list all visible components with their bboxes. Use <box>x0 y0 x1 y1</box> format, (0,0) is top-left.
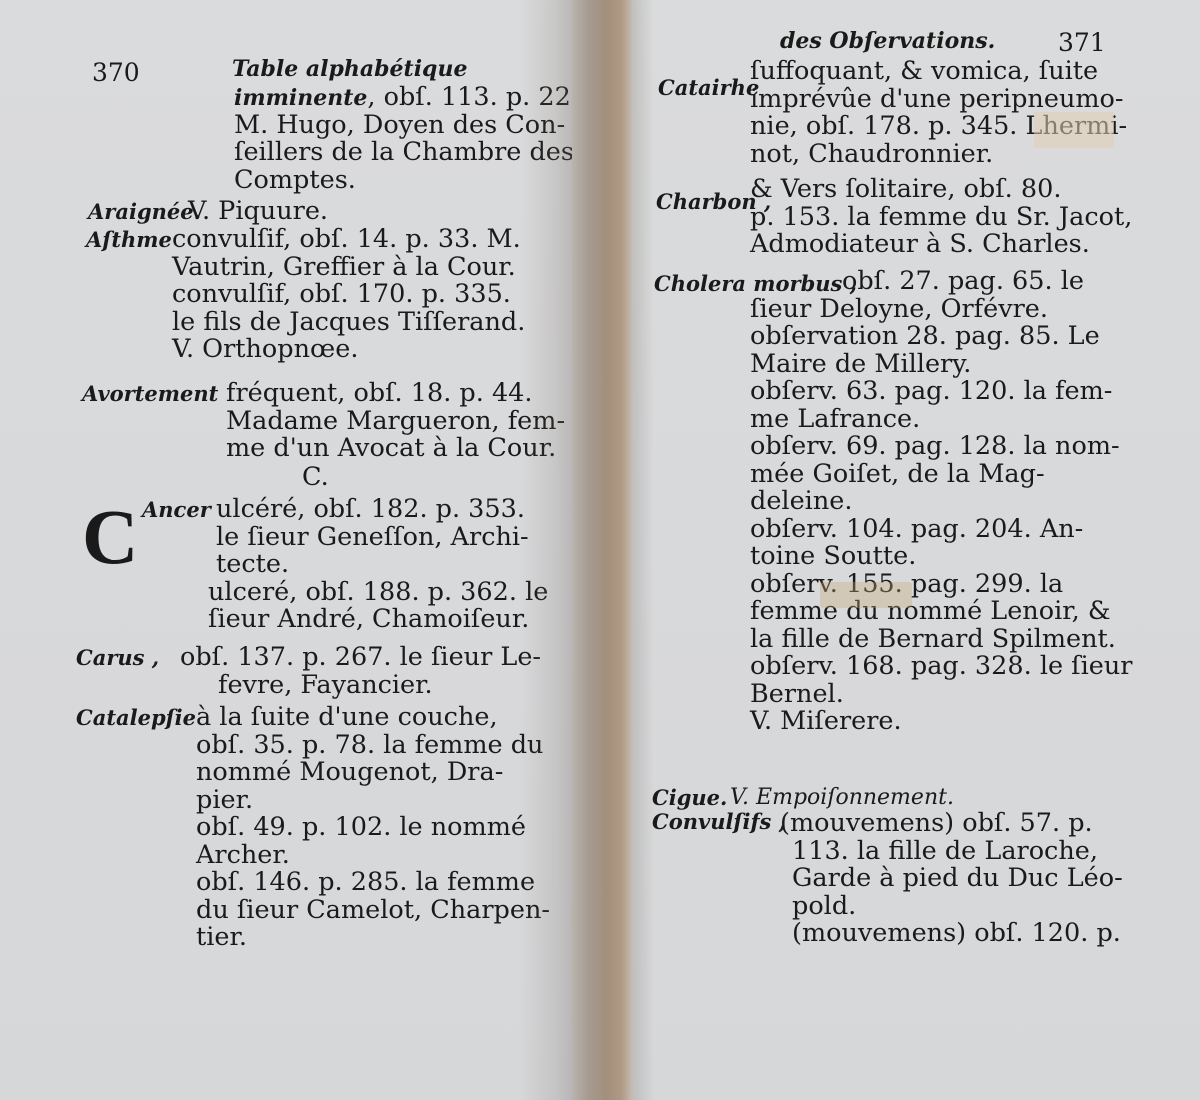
entry-line: Bernel. <box>750 681 1132 709</box>
entry-line: convulſif, obſ. 14. p. 33. M. <box>172 226 525 254</box>
left-running-title: Table alphabétique <box>232 56 467 82</box>
entry-line: (mouvemens) obſ. 120. p. <box>792 920 1123 948</box>
right-folio: 371 <box>1058 28 1106 57</box>
entry-head-avortement: Avortement <box>82 380 218 408</box>
entry-line: Madame Margueron, fem- <box>226 408 565 436</box>
entry-avortement: fréquent, obſ. 18. p. 44. Madame Marguer… <box>226 380 565 463</box>
entry-line: le ſieur Geneſſon, Archi- <box>216 524 548 552</box>
entry-line: obſerv. 104. pag. 204. An- <box>750 516 1132 544</box>
entry-line: obſ. 146. p. 285. la femme <box>196 869 550 897</box>
book-gutter <box>572 0 634 1100</box>
entry-cancer: ulcéré, obſ. 182. p. 353. le ſieur Geneſ… <box>216 496 548 634</box>
entry-line: imprévûe d'une peripneumo- <box>750 86 1127 114</box>
section-letter-c: C. <box>302 464 329 492</box>
entry-line: tier. <box>196 924 550 952</box>
entry-line: obſerv. 63. pag. 120. la fem- <box>750 378 1132 406</box>
entry-line: imminente, obſ. 113. p. 222. <box>234 84 595 112</box>
entry-line: me Lafrance. <box>750 406 1132 434</box>
entry-line: mée Goiſet, de la Mag- <box>750 461 1132 489</box>
entry-line: la fille de Bernard Spilment. <box>750 626 1132 654</box>
entry-line: ſeillers de la Chambre des <box>234 139 595 167</box>
entry-line: (mouvemens) obſ. 57. p. <box>780 810 1123 838</box>
entry-line: V. Piquure. <box>188 198 328 226</box>
entry-head-catairhe: Catairhe <box>658 74 759 102</box>
entry-line: p. 153. la femme du Sr. Jacot, <box>750 204 1132 232</box>
entry-line: 113. la fille de Laroche, <box>792 838 1123 866</box>
entry-line: obſ. 35. p. 78. la femme du <box>196 732 550 760</box>
entry-line: obſerv. 69. pag. 128. la nom- <box>750 433 1132 461</box>
left-folio: 370 <box>92 58 140 87</box>
entry-line: Maire de Millery. <box>750 351 1132 379</box>
entry-line: à la ſuite d'une couche, <box>196 704 550 732</box>
entry-line: pold. <box>792 893 1123 921</box>
entry-line: Vautrin, Greffier à la Cour. <box>172 254 525 282</box>
entry-line: tecte. <box>216 551 548 579</box>
entry-catalepsie: à la ſuite d'une couche, obſ. 35. p. 78.… <box>196 704 550 952</box>
entry-line: convulſif, obſ. 170. p. 335. <box>172 281 525 309</box>
entry-head-convulsifs: Convulſifs , <box>652 808 786 836</box>
entry-line: obſ. 137. p. 267. le ſieur Le- <box>180 644 541 672</box>
entry-line: obſerv. 155. pag. 299. la <box>750 571 1132 599</box>
entry-line: deleine. <box>750 488 1132 516</box>
entry-head-asthme: Aſthme <box>86 226 172 254</box>
entry-line: ulceré, obſ. 188. p. 362. le <box>208 579 548 607</box>
entry-line: femme du nommé Lenoir, & <box>750 598 1132 626</box>
entry-head-carus: Carus , <box>76 644 159 672</box>
entry-continuation: imminente, obſ. 113. p. 222. M. Hugo, Do… <box>234 84 595 194</box>
entry-line: V. Orthopnœe. <box>172 336 525 364</box>
entry-asthme: convulſif, obſ. 14. p. 33. M. Vautrin, G… <box>172 226 525 364</box>
entry-line: Garde à pied du Duc Léo- <box>792 865 1123 893</box>
entry-line: fevre, Fayancier. <box>218 672 541 700</box>
entry-line: obſervation 28. pag. 85. Le <box>750 323 1132 351</box>
paper-stain <box>820 582 912 608</box>
entry-line: obſerv. 168. pag. 328. le ſieur <box>750 653 1132 681</box>
entry-line: fréquent, obſ. 18. p. 44. <box>226 380 565 408</box>
entry-cholera-morbus: obſ. 27. pag. 65. le ſieur Deloyne, Orfé… <box>750 268 1132 736</box>
entry-line: nommé Mougenot, Dra- <box>196 759 550 787</box>
entry-line: le fils de Jacques Tiſſerand. <box>172 309 525 337</box>
entry-convulsifs: (mouvemens) obſ. 57. p. 113. la fille de… <box>780 810 1123 948</box>
entry-line: me d'un Avocat à la Cour. <box>226 435 565 463</box>
entry-line: ſuffoquant, & vomica, ſuite <box>750 58 1127 86</box>
entry-line: Admodiateur à S. Charles. <box>750 231 1132 259</box>
right-page: des Obſervations. 371 Catairhe ſuffoquan… <box>632 0 1200 1100</box>
entry-line: pier. <box>196 787 550 815</box>
entry-line: Archer. <box>196 842 550 870</box>
entry-line: Comptes. <box>234 167 595 195</box>
entry-head-cancer: Ancer <box>142 496 211 524</box>
entry-line: ſieur Deloyne, Orfévre. <box>750 296 1132 324</box>
right-running-title: des Obſervations. <box>780 28 995 54</box>
book-spread: 370 Table alphabétique imminente, obſ. 1… <box>0 0 1200 1100</box>
entry-charbon: & Vers ſolitaire, obſ. 80. p. 153. la fe… <box>750 176 1132 259</box>
paper-highlight-mark <box>1034 112 1114 148</box>
entry-line: ſieur André, Chamoiſeur. <box>208 606 548 634</box>
entry-line: toine Soutte. <box>750 543 1132 571</box>
entry-head-araignee: Araignée. <box>88 198 201 226</box>
entry-araignee: V. Piquure. <box>188 198 328 226</box>
entry-line: V. Miſerere. <box>750 708 1132 736</box>
entry-line: & Vers ſolitaire, obſ. 80. <box>750 176 1132 204</box>
entry-head-catalepsie: Catalepſie <box>76 704 196 732</box>
entry-line: du ſieur Camelot, Charpen- <box>196 897 550 925</box>
drop-cap-c: C <box>82 498 138 576</box>
entry-carus: obſ. 137. p. 267. le ſieur Le- fevre, Fa… <box>180 644 541 699</box>
entry-line: ulcéré, obſ. 182. p. 353. <box>216 496 548 524</box>
left-page: 370 Table alphabétique imminente, obſ. 1… <box>0 0 580 1100</box>
entry-line: obſ. 27. pag. 65. le <box>842 268 1132 296</box>
entry-line: M. Hugo, Doyen des Con- <box>234 112 595 140</box>
entry-line: obſ. 49. p. 102. le nommé <box>196 814 550 842</box>
